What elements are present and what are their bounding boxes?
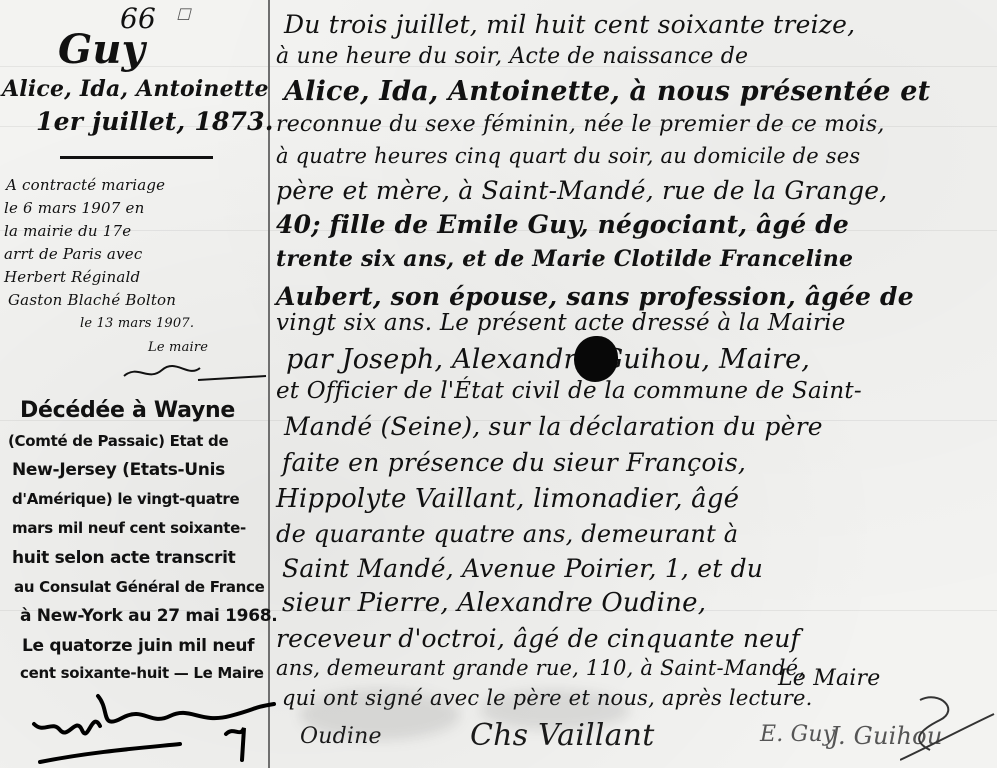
death-note-line: New-Jersey (Etats-Unis [12, 460, 225, 480]
margin-underline [60, 156, 213, 159]
body-line: Hippolyte Vaillant, limonadier, âgé [276, 484, 739, 514]
body-line: 40; fille de Emile Guy, négociant, âgé d… [276, 210, 849, 239]
body-line: faite en présence du sieur François, [282, 448, 746, 477]
marriage-note-line: arrt de Paris avec [4, 245, 142, 263]
ink-blot [574, 336, 618, 382]
signature-vaillant: Chs Vaillant [470, 718, 654, 753]
marriage-signature-icon [118, 358, 268, 388]
register-page: 66 ☐ Guy Alice, Ida, Antoinette 1er juil… [0, 0, 997, 768]
body-line: père et mère, à Saint-Mandé, rue de la G… [276, 176, 887, 205]
death-note-line: au Consulat Général de France [14, 578, 264, 596]
death-note-line: à New-York au 27 mai 1968. [20, 606, 277, 626]
marriage-note-line: Le maire [148, 340, 208, 355]
body-line: ans, demeurant grande rue, 110, à Saint-… [276, 656, 805, 680]
marriage-note-line: Gaston Blaché Bolton [8, 291, 176, 309]
body-line: Aubert, son épouse, sans profession, âgé… [276, 282, 914, 311]
death-note-line: huit selon acte transcrit [12, 548, 236, 568]
margin-birth-date: 1er juillet, 1873. [36, 107, 274, 136]
body-line: trente six ans, et de Marie Clotilde Fra… [276, 246, 853, 272]
margin-surname: Guy [58, 26, 145, 73]
body-line: Du trois juillet, mil huit cent soixante… [284, 10, 855, 39]
death-signature-icon [30, 690, 290, 768]
body-line: Alice, Ida, Antoinette, à nous présentée… [284, 76, 930, 107]
body-line: reconnue du sexe féminin, née le premier… [276, 112, 885, 137]
signature-guy: E. Guy [760, 722, 835, 747]
body-line: receveur d'octroi, âgé de cinquante neuf [276, 624, 800, 653]
death-note-line: cent soixante-huit — Le Maire [20, 664, 264, 682]
body-line: vingt six ans. Le présent acte dressé à … [276, 310, 846, 336]
body-line: à une heure du soir, Acte de naissance d… [276, 44, 748, 69]
marriage-note-line: la mairie du 17e [4, 222, 131, 240]
signature-oudine: Oudine [300, 724, 382, 749]
margin-given-names: Alice, Ida, Antoinette [2, 76, 269, 102]
body-line: à quatre heures cinq quart du soir, au d… [276, 144, 860, 168]
body-line: et Officier de l'État civil de la commun… [276, 378, 862, 404]
closing-le-maire: Le Maire [778, 666, 880, 691]
marriage-note-line: le 6 mars 1907 en [4, 199, 144, 217]
death-note-line: Décédée à Wayne [20, 398, 235, 423]
body-line: sieur Pierre, Alexandre Oudine, [282, 588, 706, 618]
body-line: par Joseph, Alexandre Guihou, Maire, [286, 344, 810, 375]
paraph-flourish-icon [900, 690, 997, 768]
death-note-line: (Comté de Passaic) Etat de [8, 432, 228, 450]
death-note-line: d'Amérique) le vingt-quatre [12, 490, 239, 508]
marriage-note-line: Herbert Réginald [4, 268, 140, 286]
death-note-line: Le quatorze juin mil neuf [22, 636, 254, 656]
death-note-line: mars mil neuf cent soixante- [12, 519, 246, 537]
marriage-note-line: A contracté mariage [6, 176, 165, 194]
body-line: de quarante quatre ans, demeurant à [276, 520, 738, 548]
body-line: Saint Mandé, Avenue Poirier, 1, et du [282, 554, 763, 583]
body-line: Mandé (Seine), sur la déclaration du pèr… [284, 412, 823, 441]
checkbox-mark-icon: ☐ [176, 5, 191, 24]
marriage-note-line: le 13 mars 1907. [80, 316, 194, 331]
